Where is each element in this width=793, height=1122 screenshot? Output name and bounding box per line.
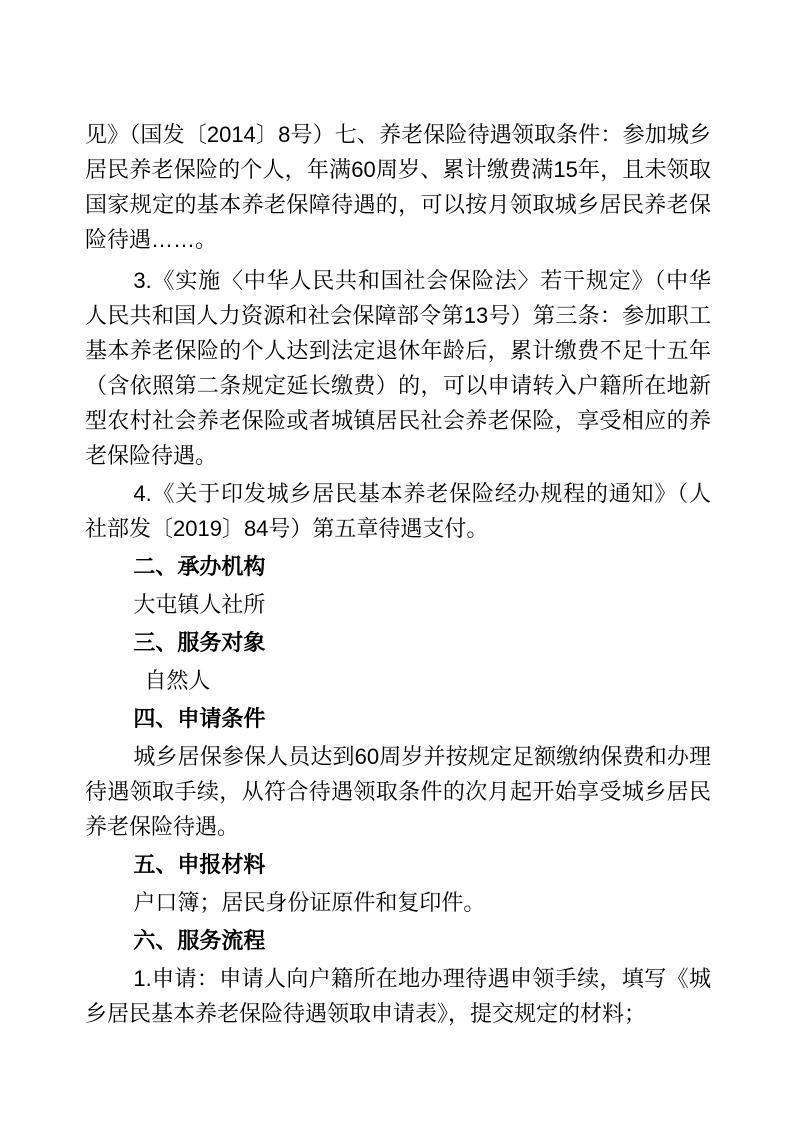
document-page: 见》（国发〔2014〕8号）七、养老保险待遇领取条件：参加城乡居民养老保险的个人… — [0, 0, 793, 1122]
paragraph-legal-basis-4: 4.《关于印发城乡居民基本养老保险经办规程的通知》（人社部发〔2019〕84号）… — [85, 476, 711, 546]
heading-section-2-organizer: 二、承办机构 — [85, 549, 711, 584]
heading-section-6-service-process: 六、服务流程 — [85, 923, 711, 958]
paragraph-application-materials: 户口簿；居民身份证原件和复印件。 — [85, 885, 711, 920]
paragraph-service-process-step-1: 1.申请：申请人向户籍所在地办理待遇申领手续，填写《城乡居民基本养老保险待遇领取… — [85, 961, 711, 1031]
heading-section-5-application-materials: 五、申报材料 — [85, 847, 711, 882]
paragraph-application-conditions: 城乡居保参保人员达到60周岁并按规定足额缴纳保费和办理待遇领取手续，从符合待遇领… — [85, 739, 711, 844]
paragraph-legal-basis-3: 3.《实施〈中华人民共和国社会保险法〉若干规定》（中华人民共和国人力资源和社会保… — [85, 263, 711, 473]
heading-section-3-service-target: 三、服务对象 — [85, 625, 711, 660]
paragraph-service-target: 自然人 — [85, 663, 711, 698]
heading-section-4-application-conditions: 四、申请条件 — [85, 701, 711, 736]
paragraph-organizer-name: 大屯镇人社所 — [85, 587, 711, 622]
paragraph-legal-basis-continued: 见》（国发〔2014〕8号）七、养老保险待遇领取条件：参加城乡居民养老保险的个人… — [85, 117, 711, 257]
